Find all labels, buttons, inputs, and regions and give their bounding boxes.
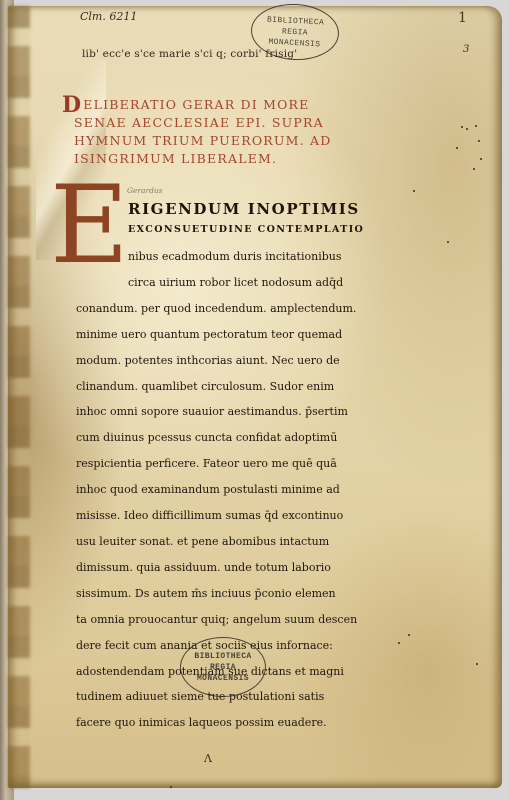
text-line: sissimum. Ds autem m̄s inciuus p̄conio e… xyxy=(76,581,366,607)
stamp-line: MONACENSIS xyxy=(197,673,249,684)
gathering-mark: Λ xyxy=(204,752,212,765)
text-line: conandum. per quod incedendum. amplecten… xyxy=(76,296,366,322)
library-stamp-bottom: BIBLIOTHECA REGIA MONACENSIS xyxy=(180,637,266,697)
stamp-line: REGIA xyxy=(210,662,236,673)
corner-mark: 1 xyxy=(458,10,467,26)
text-line: misisse. Ideo difficillimum sumas q̄d ex… xyxy=(76,503,366,529)
text-line: respicientia perficere. Fateor uero me q… xyxy=(76,451,366,477)
text-line: usu leuiter sonat. et pene abomibus inta… xyxy=(76,529,366,555)
rubric-line: DELIBERATIO GERAR DI MORE xyxy=(62,96,352,114)
rubric-line: HYMNUM TRIUM PUERORUM. AD xyxy=(62,132,352,150)
text-line: cum diuinus pcessus cuncta confidat adop… xyxy=(76,425,366,451)
marginal-note: Gerardus xyxy=(127,186,163,195)
gutter-stain xyxy=(8,6,30,788)
text-line: circa uirium robor licet nodosum adq̄d xyxy=(76,270,366,296)
shelfmark: Clm. 6211 xyxy=(80,10,137,23)
rubric-text: ELIBERATIO GERAR DI MORE xyxy=(83,97,309,112)
rubric-title: DELIBERATIO GERAR DI MORE SENAE AECCLESI… xyxy=(62,96,352,168)
incipit-line-1: RIGENDUM INOPTIMIS xyxy=(128,200,360,218)
text-line: inhoc omni sopore suauior aestimandus. p… xyxy=(76,399,366,425)
text-line: ta omnia prouocantur quiq; angelum suum … xyxy=(76,607,366,633)
text-line: clinandum. quamlibet circulosum. Sudor e… xyxy=(76,374,366,400)
stamp-line: BIBLIOTHECA xyxy=(194,651,251,662)
text-line: modum. potentes inthcorias aiunt. Nec ue… xyxy=(76,348,366,374)
stamp-line: MONACENSIS xyxy=(268,36,321,50)
incipit-line-2: EXCONSUETUDINE CONTEMPLATIO xyxy=(128,224,364,235)
rubric-line: SENAE AECCLESIAE EPI. SUPRA xyxy=(62,114,352,132)
folio-mark: 3 xyxy=(463,44,469,55)
text-line: facere quo inimicas laqueos possim euade… xyxy=(76,710,366,736)
text-line: nibus ecadmodum duris incitationibus xyxy=(76,244,366,270)
text-line: minime uero quantum pectoratum teor quem… xyxy=(76,322,366,348)
text-line: dimissum. quia assiduum. unde totum labo… xyxy=(76,555,366,581)
text-line: inhoc quod examinandum postulasti minime… xyxy=(76,477,366,503)
